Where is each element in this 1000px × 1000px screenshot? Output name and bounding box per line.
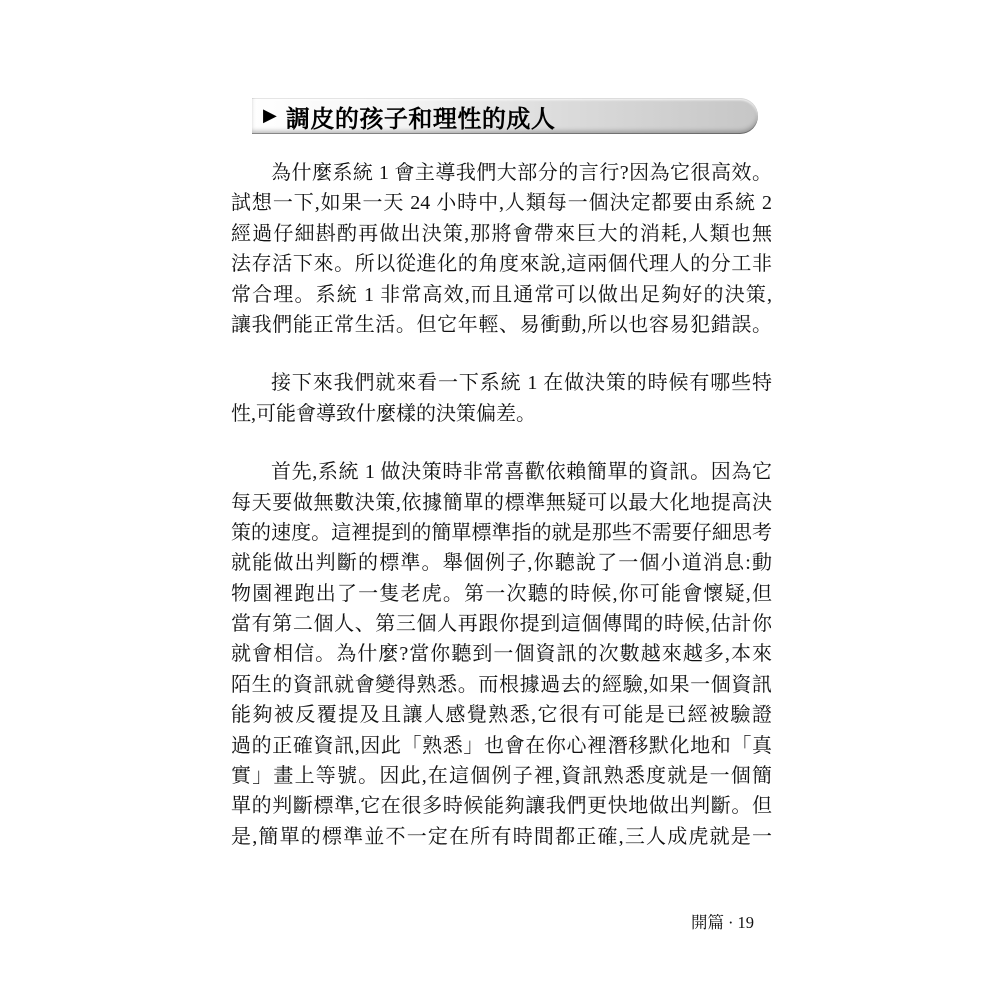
section-title: 調皮的孩子和理性的成人 bbox=[286, 99, 556, 134]
text-line: 能夠被反覆提及且讓人感覺熟悉,它很有可能是已經被驗證 bbox=[231, 700, 772, 730]
footer-page-number: 19 bbox=[738, 913, 755, 932]
text-line: 策的速度。這裡提到的簡單標準指的就是那些不需要仔細思考 bbox=[231, 518, 772, 548]
triangle-bullet-icon: ▶ bbox=[263, 107, 277, 125]
text-line: 每天要做無數決策,依據簡單的標準無疑可以最大化地提高決 bbox=[231, 488, 772, 518]
text-line: 實」畫上等號。因此,在這個例子裡,資訊熟悉度就是一個簡 bbox=[231, 761, 772, 791]
page-footer: 開篇·19 bbox=[691, 913, 754, 933]
content-column: ▶ 調皮的孩子和理性的成人 為什麼系統 1 會主導我們大部分的言行?因為它很高效… bbox=[231, 98, 772, 880]
text-line: 物園裡跑出了一隻老虎。第一次聽的時候,你可能會懷疑,但 bbox=[231, 579, 772, 609]
text-line: 常合理。系統 1 非常高效,而且通常可以做出足夠好的決策, bbox=[231, 280, 772, 310]
footer-separator: · bbox=[728, 913, 734, 932]
body-text: 為什麼系統 1 會主導我們大部分的言行?因為它很高效。試想一下,如果一天 24 … bbox=[231, 158, 772, 880]
text-line: 當有第二個人、第三個人再跟你提到這個傳聞的時候,估計你 bbox=[231, 609, 772, 639]
book-page: ▶ 調皮的孩子和理性的成人 為什麼系統 1 會主導我們大部分的言行?因為它很高效… bbox=[0, 0, 1000, 1000]
paragraph-1: 為什麼系統 1 會主導我們大部分的言行?因為它很高效。試想一下,如果一天 24 … bbox=[231, 158, 772, 340]
text-line: 是,簡單的標準並不一定在所有時間都正確,三人成虎就是一 bbox=[231, 822, 772, 852]
text-line: 接下來我們就來看一下系統 1 在做決策的時候有哪些特 bbox=[231, 368, 772, 398]
text-line: 為什麼系統 1 會主導我們大部分的言行?因為它很高效。 bbox=[231, 158, 772, 188]
text-line: 首先,系統 1 做決策時非常喜歡依賴簡單的資訊。因為它 bbox=[231, 457, 772, 487]
text-line: 讓我們能正常生活。但它年輕、易衝動,所以也容易犯錯誤。 bbox=[231, 310, 772, 340]
text-line: 就會相信。為什麼?當你聽到一個資訊的次數越來越多,本來 bbox=[231, 639, 772, 669]
paragraph-2: 接下來我們就來看一下系統 1 在做決策的時候有哪些特性,可能會導致什麼樣的決策偏… bbox=[231, 368, 772, 429]
text-line: 法存活下來。所以從進化的角度來說,這兩個代理人的分工非 bbox=[231, 249, 772, 279]
text-line: 性,可能會導致什麼樣的決策偏差。 bbox=[231, 399, 772, 429]
text-line: 過的正確資訊,因此「熟悉」也會在你心裡潛移默化地和「真 bbox=[231, 731, 772, 761]
text-line: 陌生的資訊就會變得熟悉。而根據過去的經驗,如果一個資訊 bbox=[231, 670, 772, 700]
text-line: 經過仔細斟酌再做出決策,那將會帶來巨大的消耗,人類也無 bbox=[231, 219, 772, 249]
section-heading-bar: ▶ 調皮的孩子和理性的成人 bbox=[252, 98, 758, 134]
text-line: 就能做出判斷的標準。舉個例子,你聽說了一個小道消息:動 bbox=[231, 548, 772, 578]
text-line: 試想一下,如果一天 24 小時中,人類每一個決定都要由系統 2 bbox=[231, 188, 772, 218]
footer-section-label: 開篇 bbox=[691, 913, 724, 932]
text-line: 單的判斷標準,它在很多時候能夠讓我們更快地做出判斷。但 bbox=[231, 791, 772, 821]
paragraph-3: 首先,系統 1 做決策時非常喜歡依賴簡單的資訊。因為它每天要做無數決策,依據簡單… bbox=[231, 457, 772, 852]
